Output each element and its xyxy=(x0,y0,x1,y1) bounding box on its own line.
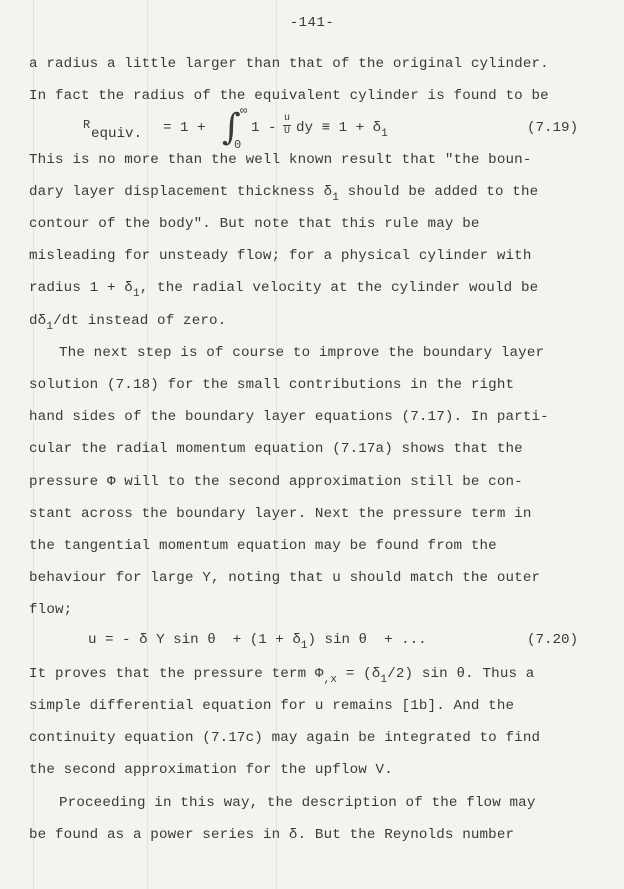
text-line: the second approximation for the upflow … xyxy=(29,762,393,778)
text-line: continuity equation (7.17c) may again be… xyxy=(29,730,540,746)
document-page: -141- a radius a little larger than that… xyxy=(0,0,624,889)
page-number: -141- xyxy=(0,15,624,31)
fraction-denominator: U xyxy=(284,126,290,137)
text-line: misleading for unsteady flow; for a phys… xyxy=(29,248,532,264)
text-line: solution (7.18) for the small contributi… xyxy=(29,377,514,393)
text-line: the tangential momentum equation may be … xyxy=(29,538,497,554)
text-line: contour of the body". But note that this… xyxy=(29,216,480,232)
text-line: It proves that the pressure term Φ,x = (… xyxy=(29,666,534,682)
equation-number: (7.19) xyxy=(527,120,578,136)
eq-rhs: dy ≡ 1 + δ1 xyxy=(296,120,388,136)
eq-lhs-subscript: equiv. xyxy=(91,126,142,142)
equation-number: (7.20) xyxy=(527,632,578,648)
eq-body: u = - δ Y sin θ + (1 + δ1) sin θ + ... xyxy=(88,632,427,648)
text-line: cular the radial momentum equation (7.17… xyxy=(29,441,523,457)
integral-lower-limit: 0 xyxy=(234,138,241,152)
text-line: behaviour for large Y, noting that u sho… xyxy=(29,570,540,586)
integral-upper-limit: ∞ xyxy=(240,104,247,118)
eq-lhs: R xyxy=(83,118,90,132)
text-line: dary layer displacement thickness δ1 sho… xyxy=(29,184,538,200)
fraction-numerator: u xyxy=(284,113,290,124)
text-line: be found as a power series in δ. But the… xyxy=(29,827,514,843)
text-line: stant across the boundary layer. Next th… xyxy=(29,506,532,522)
text-line: dδ1/dt instead of zero. xyxy=(29,313,226,329)
text-line: simple differential equation for u remai… xyxy=(29,698,514,714)
paragraph-start: The next step is of course to improve th… xyxy=(59,345,544,361)
text-line: radius 1 + δ1, the radial velocity at th… xyxy=(29,280,538,296)
text-line: pressure Φ will to the second approximat… xyxy=(29,474,523,490)
text-line: In fact the radius of the equivalent cyl… xyxy=(29,88,549,104)
text-line: hand sides of the boundary layer equatio… xyxy=(29,409,549,425)
paragraph-start: Proceeding in this way, the description … xyxy=(59,795,536,811)
eq-integrand: 1 - xyxy=(251,120,277,136)
text-line: a radius a little larger than that of th… xyxy=(29,56,549,72)
text-line: This is no more than the well known resu… xyxy=(29,152,532,168)
eq-equals: = 1 + xyxy=(163,120,206,136)
text-line: flow; xyxy=(29,602,72,618)
fraction-u-over-U: u U xyxy=(283,114,291,137)
